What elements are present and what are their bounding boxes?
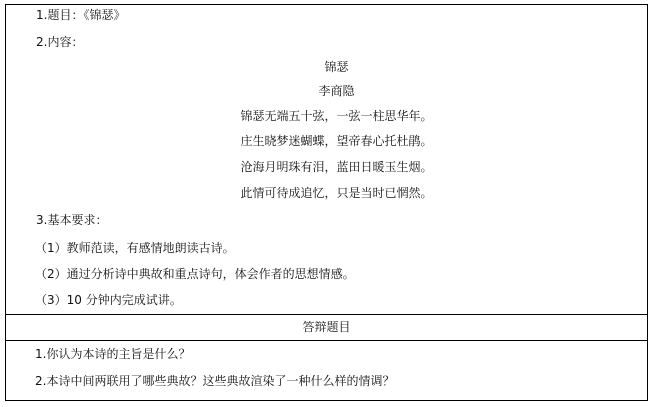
poem-title: 锦瑟 (26, 60, 647, 74)
defense-header-row: 答辩题目 (6, 314, 647, 340)
requirement-item: （2）通过分析诗中典故和重点诗句，体会作者的思想情感。 (35, 267, 355, 281)
defense-header: 答辩题目 (6, 320, 647, 334)
requirement-item: （3）10 分钟内完成试讲。 (35, 293, 182, 307)
defense-question: 2.本诗中间两联用了哪些典故？这些典故渲染了一种什么样的情调？ (35, 374, 394, 388)
poem-line: 沧海月明珠有泪，蓝田日暖玉生烟。 (26, 160, 647, 174)
poem-line: 锦瑟无端五十弦，一弦一柱思华年。 (26, 109, 647, 123)
defense-questions-section: 1.你认为本诗的主旨是什么？ 2.本诗中间两联用了哪些典故？这些典故渲染了一种什… (6, 340, 647, 400)
poem-author: 李商隐 (26, 84, 647, 98)
content-section: 1.题目：《锦瑟》 2.内容： 锦瑟 李商隐 锦瑟无端五十弦，一弦一柱思华年。 … (6, 5, 647, 314)
topic-label: 1.题目：《锦瑟》 (36, 8, 125, 22)
poem-line: 此情可待成追忆，只是当时已惘然。 (26, 186, 647, 200)
requirement-item: （1）教师范读，有感情地朗读古诗。 (35, 241, 235, 255)
content-label: 2.内容： (36, 35, 83, 49)
requirements-label: 3.基本要求： (36, 213, 107, 227)
poem-line: 庄生晓梦迷蝴蝶，望帝春心托杜鹃。 (26, 134, 647, 148)
exam-table: 1.题目：《锦瑟》 2.内容： 锦瑟 李商隐 锦瑟无端五十弦，一弦一柱思华年。 … (5, 4, 648, 401)
defense-question: 1.你认为本诗的主旨是什么？ (35, 347, 190, 361)
